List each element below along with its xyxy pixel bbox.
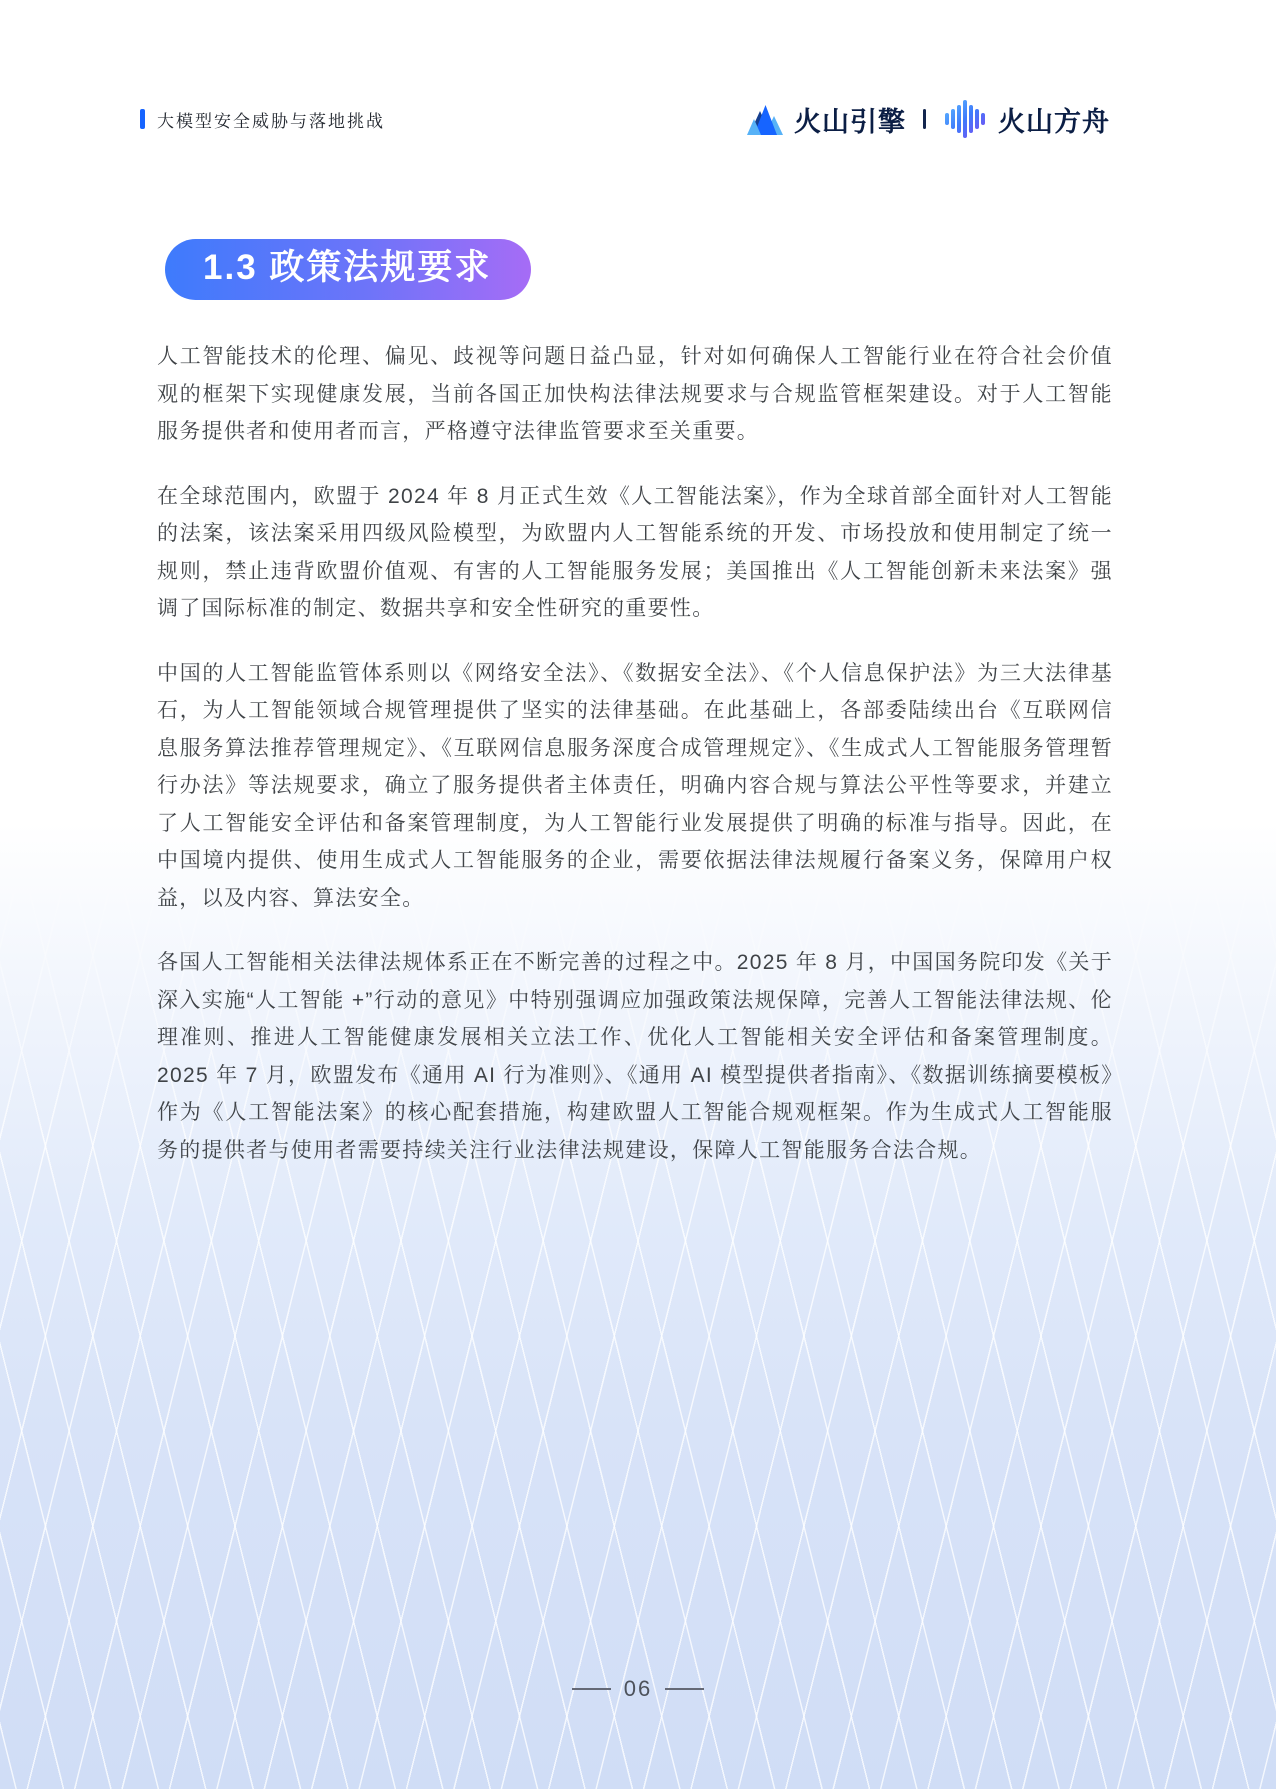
footer-right-dash [665, 1688, 704, 1690]
brand-volcengine-label: 火山引擎 [794, 100, 906, 139]
body-content: 人工智能技术的伦理、偏见、歧视等问题日益凸显，针对如何确保人工智能行业在符合社会… [157, 338, 1113, 1169]
page-footer: 06 [0, 1676, 1276, 1702]
paragraph-2: 在全球范围内，欧盟于 2024 年 8 月正式生效《人工智能法案》，作为全球首部… [157, 478, 1113, 628]
paragraph-1: 人工智能技术的伦理、偏见、歧视等问题日益凸显，针对如何确保人工智能行业在符合社会… [157, 338, 1113, 451]
document-page: 大模型安全威胁与落地挑战 火山引擎 [0, 0, 1276, 1789]
page-header: 大模型安全威胁与落地挑战 火山引擎 [0, 0, 1276, 142]
ark-waveform-icon [943, 96, 987, 142]
accent-bar-icon [140, 109, 145, 129]
doc-title: 大模型安全威胁与落地挑战 [157, 107, 385, 132]
doc-title-group: 大模型安全威胁与落地挑战 [140, 107, 385, 132]
brand-logos: 火山引擎 火山方舟 [747, 96, 1110, 142]
paragraph-4: 各国人工智能相关法律法规体系正在不断完善的过程之中。2025 年 8 月，中国国… [157, 944, 1113, 1169]
footer-left-dash [572, 1688, 611, 1690]
brand-ark-label: 火山方舟 [998, 100, 1110, 139]
volcengine-mountain-icon [747, 104, 783, 135]
section-badge: 1.3 政策法规要求 [165, 239, 531, 300]
page-number: 06 [624, 1676, 652, 1702]
paragraph-3: 中国的人工智能监管体系则以《网络安全法》、《数据安全法》、《个人信息保护法》为三… [157, 655, 1113, 918]
logo-divider [923, 109, 926, 129]
